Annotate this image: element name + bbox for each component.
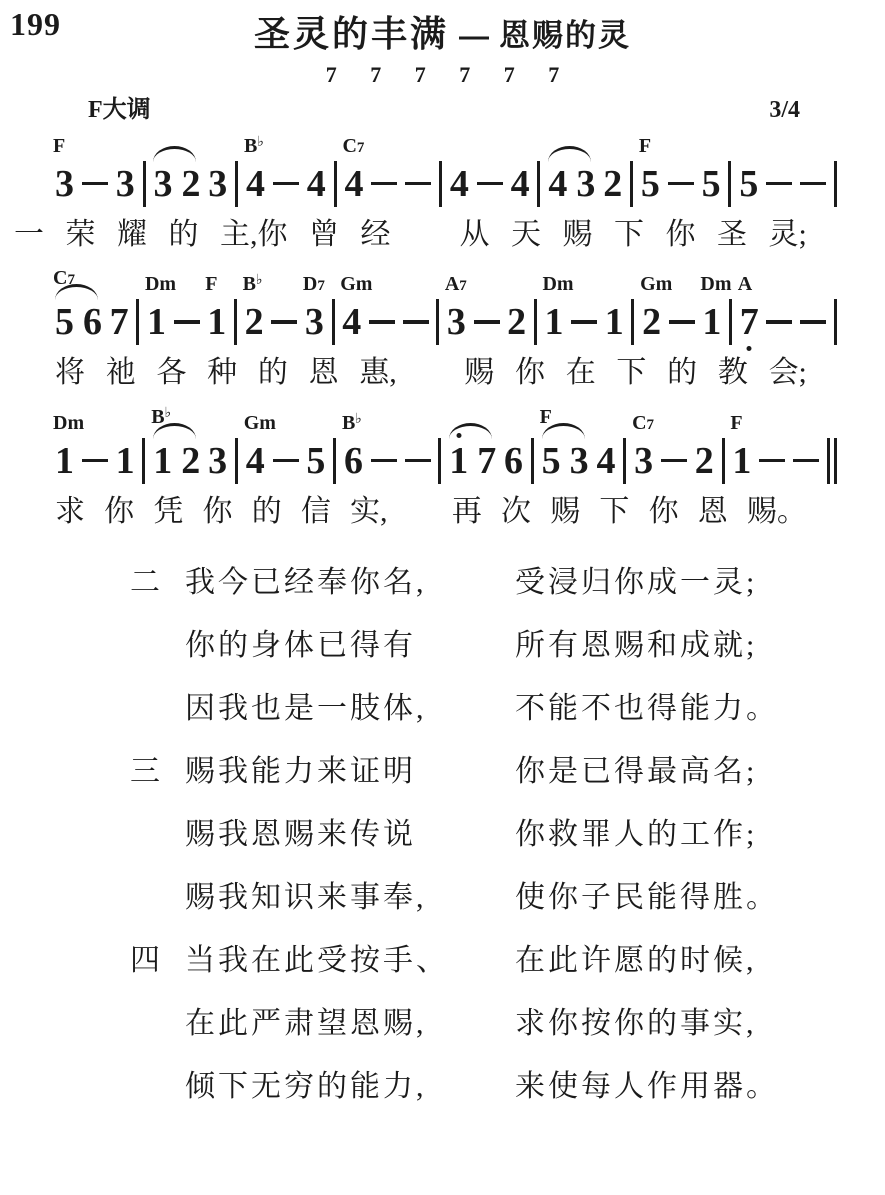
duration-dash — [800, 298, 826, 346]
lyric-syllable: 你 — [104, 495, 134, 530]
note-group: 56C7 — [55, 298, 102, 346]
dash-mark — [82, 459, 108, 463]
verse-line: 倾下无穷的能力,来使每人作用器。 — [0, 1069, 885, 1105]
dash-mark — [273, 182, 299, 186]
note: 2 — [507, 298, 526, 346]
verse-line: 赐我恩赐来传说你救罪人的工作; — [0, 817, 885, 853]
notation-line: 1Dm112B♭34Gm56B♭17653F43C721F — [55, 407, 837, 485]
note: 5 — [702, 160, 721, 208]
note-digit: 7 — [110, 303, 129, 341]
lyric-syllable: 耀 — [117, 218, 147, 253]
barline — [439, 161, 442, 207]
lyric-line: 求你凭你的信实,再次赐下你恩赐。 — [55, 495, 807, 530]
note-digit: 1 — [55, 442, 74, 480]
chord-label: F — [540, 407, 552, 427]
system: 56C771Dm1F2B♭3D74Gm3A721Dm12Gm1Dm7A将祂各种的… — [55, 268, 837, 391]
lyric-syllable: 你 — [649, 495, 679, 530]
duration-dash — [369, 298, 395, 346]
verse-number — [130, 628, 185, 664]
verse-text-right: 你救罪人的工作; — [515, 817, 757, 853]
lyric-syllable: 恩 — [698, 495, 728, 530]
note: 5 — [739, 160, 758, 208]
lyric-line: 一荣耀的主,你曾经从天赐下你圣灵; — [14, 218, 807, 253]
lyric-syllable: 下 — [616, 356, 646, 391]
note-digit: 6 — [83, 303, 102, 341]
note-group: 53F — [542, 437, 589, 485]
lyric-syllable: 你 — [515, 356, 545, 391]
chord-label: F — [53, 136, 65, 156]
note-digit: 2 — [507, 303, 526, 341]
lyric-syllable: 实, — [350, 495, 388, 530]
note-digit: 5 — [542, 442, 561, 480]
note-group: 12B♭ — [153, 437, 200, 485]
note: 7 — [110, 298, 129, 346]
note: 5 — [306, 437, 325, 485]
note: 1Dm — [702, 298, 721, 346]
note: 3 — [208, 160, 227, 208]
lyric-syllable: 赐 — [563, 218, 593, 253]
dash-mark — [800, 320, 826, 324]
lyric-syllable — [418, 356, 444, 391]
note: 3C7 — [634, 437, 653, 485]
note-digit: 2 — [695, 442, 714, 480]
lyric-syllable: 荣 — [66, 218, 96, 253]
note-digit: 1 — [449, 442, 468, 480]
verse-line: 二我今已经奉你名,受浸归你成一灵; — [0, 565, 885, 601]
duration-dash — [474, 298, 500, 346]
lyric-syllable: 次 — [501, 495, 531, 530]
duration-dash — [571, 298, 597, 346]
barline — [630, 161, 633, 207]
hymn-title: 圣灵的丰满—恩赐的灵 — [0, 0, 885, 54]
barline — [631, 299, 634, 345]
verse-text-left: 我今已经奉你名, — [185, 565, 515, 601]
note-digit: 2 — [245, 303, 264, 341]
note-digit: 5 — [641, 165, 660, 203]
barline — [234, 299, 237, 345]
verse-line: 你的身体已得有所有恩赐和成就; — [0, 628, 885, 664]
barline — [143, 161, 146, 207]
note: 3 — [208, 437, 227, 485]
note-digit: 1 — [544, 303, 563, 341]
duration-dash — [668, 160, 694, 208]
verse-text-right: 在此许愿的时候, — [515, 943, 757, 979]
key-signature: F大调 — [88, 96, 151, 124]
chord-label: B♭ — [342, 413, 362, 433]
note-digit: 4 — [307, 165, 326, 203]
lyric-syllable: 凭 — [153, 495, 183, 530]
barline — [333, 438, 336, 484]
verse-number — [130, 817, 185, 853]
verse: 四当我在此受按手、在此许愿的时候,在此严肃望恩赐,求你按你的事实,倾下无穷的能力… — [0, 943, 885, 1105]
verse-number — [130, 1069, 185, 1105]
verses: 二我今已经奉你名,受浸归你成一灵;你的身体已得有所有恩赐和成就;因我也是一肢体,… — [0, 565, 885, 1105]
note-digit: 3 — [153, 165, 172, 203]
barline — [729, 299, 732, 345]
duration-dash — [661, 437, 687, 485]
verse-text-left: 因我也是一肢体, — [185, 691, 515, 727]
note: 4C7 — [344, 160, 363, 208]
verse-text-right: 受浸归你成一灵; — [515, 565, 757, 601]
note-group: 43 — [548, 160, 595, 208]
lyric-syllable: 一 — [14, 218, 44, 253]
verse-text-right: 求你按你的事实, — [515, 1006, 757, 1042]
barline — [142, 438, 145, 484]
dash-mark — [669, 320, 695, 324]
lyric-syllable: 你 — [666, 218, 696, 253]
verse-number: 三 — [130, 754, 185, 790]
lyric-syllable: 的 — [258, 356, 288, 391]
dash-mark — [371, 182, 397, 186]
note: 6B♭ — [344, 437, 363, 485]
chord-label: Dm — [542, 274, 573, 294]
lyric-syllable: 主,你 — [220, 218, 288, 253]
dash-mark — [82, 182, 108, 186]
note-group: 17 — [449, 437, 496, 485]
note-digit: 5 — [55, 303, 74, 341]
verse-number: 二 — [130, 565, 185, 601]
chord-label: B♭ — [151, 407, 171, 427]
note-digit: 3 — [570, 442, 589, 480]
note: 3A7 — [447, 298, 466, 346]
dash-mark — [371, 459, 397, 463]
verse-number — [130, 691, 185, 727]
note: 1F — [207, 298, 226, 346]
verse-text-right: 不能不也得能力。 — [515, 691, 779, 727]
note: 1Dm — [544, 298, 563, 346]
dash-mark — [273, 459, 299, 463]
note-digit: 3 — [55, 165, 74, 203]
duration-dash — [766, 298, 792, 346]
note-digit: 3 — [208, 442, 227, 480]
note-digit: 4 — [246, 442, 265, 480]
lyric-syllable: 经 — [361, 218, 391, 253]
chord-label: A — [738, 274, 752, 294]
duration-dash — [759, 437, 785, 485]
dash-mark — [271, 320, 297, 324]
lyric-syllable: 将 — [55, 356, 85, 391]
title-separator: — — [459, 20, 489, 53]
note-digit: 4 — [596, 442, 615, 480]
note: 1 — [605, 298, 624, 346]
barline — [537, 161, 540, 207]
note-digit: 4 — [342, 303, 361, 341]
dash-mark — [759, 459, 785, 463]
lyric-syllable: 天 — [511, 218, 541, 253]
note-digit: 3 — [576, 165, 595, 203]
key-row: F大调 3/4 — [88, 96, 800, 124]
chord-label: B♭ — [244, 136, 264, 156]
note: 4Gm — [342, 298, 361, 346]
note: 1Dm — [147, 298, 166, 346]
lyric-syllable: 求 — [55, 495, 85, 530]
duration-dash — [766, 160, 792, 208]
note-digit: 4 — [450, 165, 469, 203]
lyric-syllable: 教 — [718, 356, 748, 391]
lyric-syllable: 再 — [452, 495, 482, 530]
barline — [623, 438, 626, 484]
verse-text-left: 赐我恩赐来传说 — [185, 817, 515, 853]
note-digit: 2 — [603, 165, 622, 203]
notation-line: 56C771Dm1F2B♭3D74Gm3A721Dm12Gm1Dm7A — [55, 268, 837, 346]
system: 1Dm112B♭34Gm56B♭17653F43C721F求你凭你的信实,再次赐… — [55, 407, 837, 530]
note-digit: 3 — [447, 303, 466, 341]
note-digit: 3 — [208, 165, 227, 203]
note: 1Dm — [55, 437, 74, 485]
duration-dash — [174, 298, 200, 346]
duration-dash — [405, 160, 431, 208]
score: 3F33234B♭44C7444325F55一荣耀的主,你曾经从天赐下你圣灵;5… — [55, 130, 837, 530]
barline — [438, 438, 441, 484]
barline — [728, 161, 731, 207]
page-number: 199 — [10, 6, 61, 43]
hymn-page: 199 圣灵的丰满—恩赐的灵 7 7 7 7 7 7 F大调 3/4 3F332… — [0, 0, 885, 1195]
verse-text-right: 使你子民能得胜。 — [515, 880, 779, 916]
dash-mark — [766, 182, 792, 186]
verse-number: 四 — [130, 943, 185, 979]
note: 2 — [603, 160, 622, 208]
time-signature: 3/4 — [769, 96, 800, 124]
lyric-syllable: 恩 — [309, 356, 339, 391]
barline — [531, 438, 534, 484]
dash-mark — [405, 459, 431, 463]
verse-line: 三赐我能力来证明你是已得最高名; — [0, 754, 885, 790]
duration-dash — [371, 437, 397, 485]
note: 1F — [732, 437, 751, 485]
chord-label: F — [205, 274, 217, 294]
note-digit: 2 — [181, 165, 200, 203]
dash-mark — [474, 320, 500, 324]
duration-dash — [82, 437, 108, 485]
note-digit: 1 — [153, 442, 172, 480]
lyric-syllable: 在 — [566, 356, 596, 391]
chord-label: C7 — [632, 413, 654, 433]
verse-text-left: 赐我知识来事奉, — [185, 880, 515, 916]
duration-dash — [271, 298, 297, 346]
lyric-syllable: 祂 — [106, 356, 136, 391]
dash-mark — [800, 182, 826, 186]
note: 4B♭ — [246, 160, 265, 208]
duration-dash — [82, 160, 108, 208]
verse-text-right: 来使每人作用器。 — [515, 1069, 779, 1105]
duration-dash — [793, 437, 819, 485]
note-digit: 6 — [504, 442, 523, 480]
note: 3F — [55, 160, 74, 208]
notation-line: 3F33234B♭44C7444325F55 — [55, 130, 837, 208]
title-main: 圣灵的丰满 — [254, 13, 449, 54]
chord-label: A7 — [445, 274, 467, 294]
note-digit: 2 — [181, 442, 200, 480]
barline — [834, 299, 837, 345]
dash-mark — [477, 182, 503, 186]
note-digit: 3 — [305, 303, 324, 341]
note-digit: 2 — [642, 303, 661, 341]
note: 2 — [695, 437, 714, 485]
final-barline — [827, 437, 837, 485]
chord-label: Dm — [700, 274, 731, 294]
lyric-line: 将祂各种的恩惠,赐你在下的教会; — [55, 356, 807, 391]
lyric-syllable: 的 — [252, 495, 282, 530]
verse-number — [130, 1006, 185, 1042]
note-digit: 7 — [477, 442, 496, 480]
dash-mark — [369, 320, 395, 324]
lyric-syllable: 从 — [460, 218, 490, 253]
dash-mark — [403, 320, 429, 324]
note-digit: 3 — [116, 165, 135, 203]
lyric-syllable: 曾 — [309, 218, 339, 253]
note-digit: 1 — [732, 442, 751, 480]
verse-text-left: 当我在此受按手、 — [185, 943, 515, 979]
note-digit: 5 — [306, 442, 325, 480]
chord-label: Gm — [340, 274, 372, 294]
verse-text-right: 所有恩赐和成就; — [515, 628, 757, 664]
barline — [136, 299, 139, 345]
duration-dash — [477, 160, 503, 208]
verse: 二我今已经奉你名,受浸归你成一灵;你的身体已得有所有恩赐和成就;因我也是一肢体,… — [0, 565, 885, 727]
dash-mark — [668, 182, 694, 186]
note: 6 — [504, 437, 523, 485]
chord-label: F — [730, 413, 742, 433]
dash-mark — [571, 320, 597, 324]
lyric-syllable: 你 — [203, 495, 233, 530]
slur — [153, 146, 196, 162]
note-group: 32 — [153, 160, 200, 208]
note-digit: 1 — [147, 303, 166, 341]
duration-dash — [800, 160, 826, 208]
verse-line: 赐我知识来事奉,使你子民能得胜。 — [0, 880, 885, 916]
note: 4 — [511, 160, 530, 208]
note-digit: 4 — [344, 165, 363, 203]
note-digit: 4 — [548, 165, 567, 203]
lyric-syllable — [407, 495, 433, 530]
verse-text-left: 你的身体已得有 — [185, 628, 515, 664]
note-digit: 6 — [344, 442, 363, 480]
dash-mark — [793, 459, 819, 463]
verse-text-left: 在此严肃望恩赐, — [185, 1006, 515, 1042]
barline — [235, 438, 238, 484]
dash-mark — [405, 182, 431, 186]
lyric-syllable — [412, 218, 438, 253]
barline — [436, 299, 439, 345]
verse-text-left: 倾下无穷的能力, — [185, 1069, 515, 1105]
barline — [534, 299, 537, 345]
lyric-syllable: 的 — [667, 356, 697, 391]
note-digit: 4 — [246, 165, 265, 203]
verse-text-right: 你是已得最高名; — [515, 754, 757, 790]
note-digit: 3 — [634, 442, 653, 480]
chord-label: F — [639, 136, 651, 156]
chord-label: C7 — [53, 268, 75, 288]
barline — [235, 161, 238, 207]
chord-label: C7 — [342, 136, 364, 156]
barline — [834, 438, 837, 484]
dash-mark — [766, 320, 792, 324]
barline — [334, 161, 337, 207]
chord-label: Dm — [145, 274, 176, 294]
slur — [449, 423, 492, 439]
chord-label: Gm — [640, 274, 672, 294]
lyric-syllable: 下 — [599, 495, 629, 530]
note-digit: 1 — [702, 303, 721, 341]
note: 3D7 — [305, 298, 324, 346]
chord-label: B♭ — [243, 274, 263, 294]
title-subtitle: 恩赐的灵 — [499, 18, 631, 53]
octave-dot — [747, 346, 752, 351]
system: 3F33234B♭44C7444325F55一荣耀的主,你曾经从天赐下你圣灵; — [55, 130, 837, 253]
note: 4 — [307, 160, 326, 208]
note: 2B♭ — [245, 298, 264, 346]
note: 5F — [641, 160, 660, 208]
note: 4 — [596, 437, 615, 485]
note: 7A — [740, 298, 759, 346]
duration-dash — [371, 160, 397, 208]
lyric-syllable: 赐。 — [747, 495, 807, 530]
chord-label: Gm — [244, 413, 276, 433]
note: 4Gm — [246, 437, 265, 485]
dash-mark — [661, 459, 687, 463]
meter-numbers: 7 7 7 7 7 7 — [0, 62, 885, 88]
chord-label: Dm — [53, 413, 84, 433]
note-digit: 7 — [740, 303, 759, 341]
lyric-syllable: 赐 — [464, 356, 494, 391]
slur — [548, 146, 591, 162]
verse-line: 四当我在此受按手、在此许愿的时候, — [0, 943, 885, 979]
barline — [722, 438, 725, 484]
note-digit: 1 — [207, 303, 226, 341]
verse-line: 因我也是一肢体,不能不也得能力。 — [0, 691, 885, 727]
lyric-syllable: 圣 — [717, 218, 747, 253]
barline — [834, 161, 837, 207]
lyric-syllable: 灵; — [769, 218, 807, 253]
verse-line: 在此严肃望恩赐,求你按你的事实, — [0, 1006, 885, 1042]
lyric-syllable: 的 — [169, 218, 199, 253]
duration-dash — [669, 298, 695, 346]
verse-number — [130, 880, 185, 916]
lyric-syllable: 赐 — [550, 495, 580, 530]
lyric-syllable: 各 — [156, 356, 186, 391]
chord-label: D7 — [303, 274, 325, 294]
note: 3 — [116, 160, 135, 208]
verse: 三赐我能力来证明你是已得最高名;赐我恩赐来传说你救罪人的工作;赐我知识来事奉,使… — [0, 754, 885, 916]
lyric-syllable: 种 — [207, 356, 237, 391]
note-digit: 5 — [739, 165, 758, 203]
duration-dash — [405, 437, 431, 485]
duration-dash — [273, 160, 299, 208]
note-digit: 4 — [511, 165, 530, 203]
note-digit: 1 — [116, 442, 135, 480]
note-digit: 1 — [605, 303, 624, 341]
note: 2Gm — [642, 298, 661, 346]
barline — [332, 299, 335, 345]
note: 1 — [116, 437, 135, 485]
dash-mark — [174, 320, 200, 324]
duration-dash — [403, 298, 429, 346]
note: 4 — [450, 160, 469, 208]
verse-text-left: 赐我能力来证明 — [185, 754, 515, 790]
lyric-syllable: 下 — [614, 218, 644, 253]
lyric-syllable: 信 — [301, 495, 331, 530]
duration-dash — [273, 437, 299, 485]
lyric-syllable: 会; — [769, 356, 807, 391]
lyric-syllable: 惠, — [359, 356, 397, 391]
note-digit: 5 — [702, 165, 721, 203]
barline — [827, 438, 830, 484]
